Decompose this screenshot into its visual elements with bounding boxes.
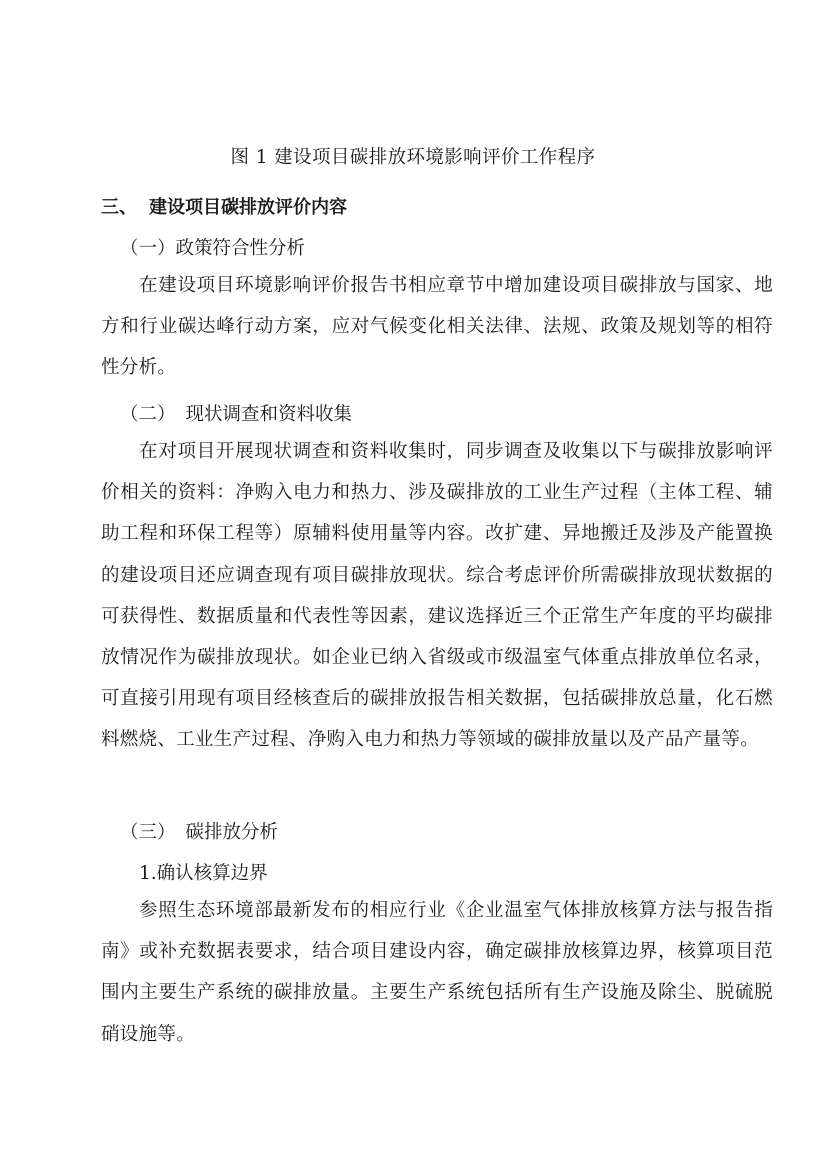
document-page: 图 1 建设项目碳排放环境影响评价工作程序 三、建设项目碳排放评价内容 （一）政… [0,0,826,1169]
subsection-heading-3: （三）碳排放分析 [120,818,278,844]
section-title: 建设项目碳排放评价内容 [149,197,347,218]
subsection-number: （一） [120,234,176,260]
subsection-title: 现状调查和资料收集 [186,404,353,425]
paragraph-policy-compliance: 在建设项目环境影响评价报告书相应章节中增加建设项目碳排放与国家、地方和行业碳达峰… [101,265,773,389]
section-number: 三、 [101,193,149,219]
subsection-title: 碳排放分析 [186,822,279,843]
paragraph-status-survey: 在对项目开展现状调查和资料收集时，同步调查及收集以下与碳排放影响评价相关的资料：… [101,431,773,761]
subsection-heading-1: （一）政策符合性分析 [120,234,305,260]
figure-caption: 图 1 建设项目碳排放环境影响评价工作程序 [0,143,826,169]
subsection-heading-2: （二）现状调查和资料收集 [120,400,352,426]
item-heading: 1.确认核算边界 [139,859,268,885]
paragraph-accounting-boundary: 参照生态环境部最新发布的相应行业《企业温室气体排放核算方法与报告指南》或补充数据… [101,890,773,1055]
section-heading: 三、建设项目碳排放评价内容 [101,193,347,219]
subsection-title: 政策符合性分析 [176,238,306,259]
subsection-number: （二） [120,400,176,426]
subsection-number: （三） [120,818,176,844]
